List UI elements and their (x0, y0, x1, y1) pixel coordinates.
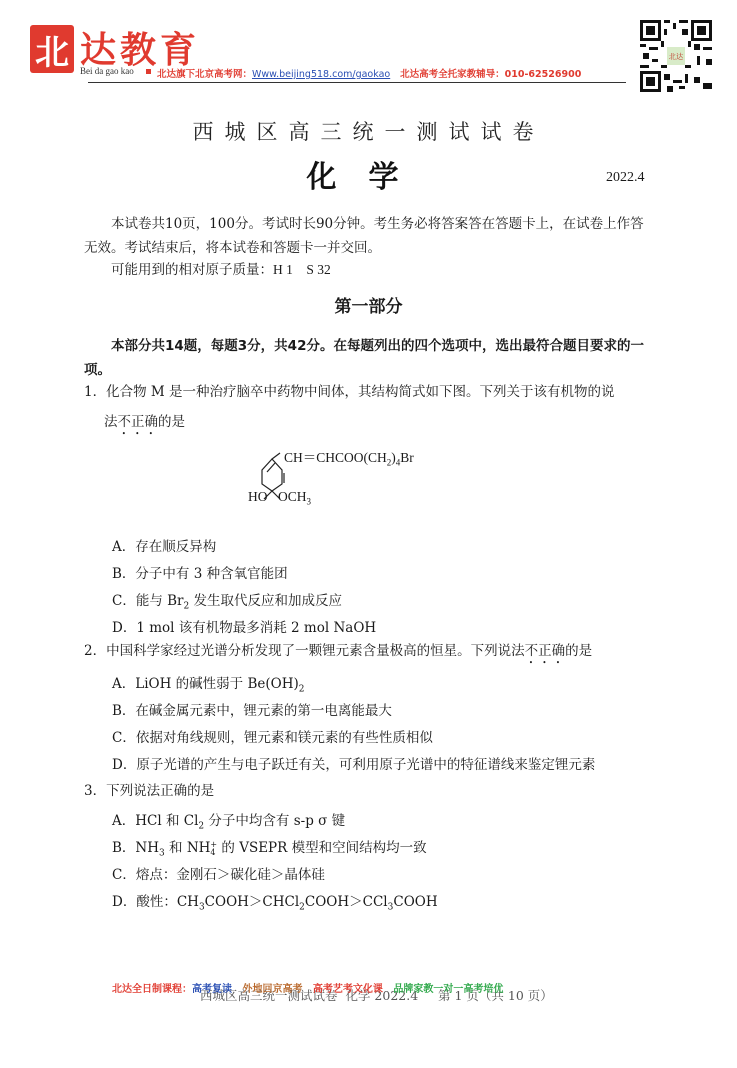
option-text: 存在顺反异构 (135, 539, 216, 555)
option-text: 分子中均含有 s-p σ 键 (204, 813, 345, 829)
promo-item[interactable]: 高考复读 (192, 984, 232, 995)
atomic-mass-line: 可能用到的相对原子质量：H 1 S 32 (111, 258, 331, 282)
option-label: B． (112, 566, 135, 582)
option-text: 的 VSEPR 模型和空间结构均一致 (217, 840, 426, 856)
logo-mark: 北 (30, 25, 74, 73)
option-text: 依据对角线规则，锂元素和镁元素的有些性质相似 (136, 730, 433, 746)
question-text: 下列说法正确的是 (106, 783, 214, 799)
atomic-mass-values: H 1 S 32 (273, 262, 331, 277)
logo-pinyin: Bei da gao kao (80, 66, 134, 76)
option-3b: B．NH3 和 NH+4 的 VSEPR 模型和空间结构均一致 (112, 836, 427, 859)
site-link[interactable]: Www.beijing518.com/gaokao (252, 69, 390, 80)
option-1b: B．分子中有 3 种含氧官能团 (112, 562, 288, 582)
option-text: LiOH 的碱性弱于 Be(OH) (135, 676, 299, 692)
chain-text: Br (400, 450, 414, 465)
subscript: 3 (307, 497, 312, 507)
stem-text: 法 (104, 414, 118, 430)
option-label: A． (112, 813, 135, 829)
question-1-stem: 1．化合物 M 是一种治疗脑卒中药物中间体，其结构简式如下图。下列关于该有机物的… (84, 380, 615, 404)
exam-date: 2022.4 (606, 170, 645, 186)
option-label: D． (112, 757, 136, 773)
qr-code-icon: 北达 (640, 20, 712, 92)
site-label: 北达旗下北京高考网： (157, 69, 252, 80)
option-text: 分子中有 3 种含氧官能团 (135, 566, 287, 582)
side-chain: CH＝CHCOO(CH2)4Br (284, 446, 414, 468)
option-1c: C．能与 Br2 发生取代反应和加成反应 (112, 589, 342, 612)
header-banner: 北达旗下北京高考网：Www.beijing518.com/gaokao 北达高考… (157, 66, 581, 80)
subscript: 2 (299, 685, 305, 695)
header-divider (88, 82, 626, 83)
tutor-label: 北达高考全托家教辅导：010-62526900 (400, 69, 581, 80)
option-1d: D．1 mol 该有机物最多消耗 2 mol NaOH (112, 616, 376, 636)
option-text: 酸性：CH (136, 894, 199, 910)
option-text: COOH＞CHCl (205, 894, 300, 910)
promo-item[interactable]: 品牌家教一对一高考培优 (393, 984, 503, 995)
methoxy-group: OCH3 (278, 489, 311, 507)
bullet-square-icon (146, 69, 151, 74)
option-3d: D．酸性：CH3COOH＞CHCl2COOH＞CCl3COOH (112, 890, 438, 913)
option-1a: A．存在顺反异构 (112, 535, 216, 555)
chemical-structure: CH＝CHCOO(CH2)4Br HO OCH3 (240, 445, 470, 515)
option-2a: A．LiOH 的碱性弱于 Be(OH)2 (112, 672, 304, 695)
atomic-mass-label: 可能用到的相对原子质量： (111, 262, 273, 278)
option-text: NH (135, 840, 159, 856)
question-number: 3． (84, 783, 106, 799)
option-text: 原子光谱的产生与电子跃迁有关，可利用原子光谱中的特征谱线来鉴定锂元素 (136, 757, 595, 773)
option-label: B． (112, 703, 135, 719)
option-label: A． (112, 539, 135, 555)
option-text: 和 NH (165, 840, 211, 856)
option-label: B． (112, 840, 135, 856)
option-2d: D．原子光谱的产生与电子跃迁有关，可利用原子光谱中的特征谱线来鉴定锂元素 (112, 753, 595, 773)
group-text: OCH (278, 489, 307, 504)
exam-instructions: 本试卷共10页，100分。考试时长90分钟。考生务必将答案答在答题卡上，在试卷上… (84, 212, 656, 260)
option-text: HCl 和 Cl (135, 813, 198, 829)
question-text: 化合物 M 是一种治疗脑卒中药物中间体，其结构简式如下图。下列关于该有机物的说 (106, 384, 614, 400)
option-label: A． (112, 676, 135, 692)
option-text: 1 mol 该有机物最多消耗 2 mol NaOH (136, 620, 376, 636)
emphasis-text: 不正确 (118, 414, 159, 430)
option-2c: C．依据对角线规则，锂元素和镁元素的有些性质相似 (112, 726, 433, 746)
option-label: C． (112, 867, 136, 883)
hydroxyl-group: HO (248, 489, 268, 505)
section-instructions: 本部分共14题，每题3分，共42分。在每题列出的四个选项中，选出最符合题目要求的… (84, 334, 656, 382)
question-2-stem: 2．中国科学家经过光谱分析发现了一颗锂元素含量极高的恒星。下列说法不正确的是 (84, 639, 592, 667)
option-2b: B．在碱金属元素中，锂元素的第一电离能最大 (112, 699, 392, 719)
option-label: D． (112, 894, 136, 910)
question-text: 中国科学家经过光谱分析发现了一颗锂元素含量极高的恒星。下列说法 (106, 643, 525, 659)
option-text: COOH (393, 894, 437, 910)
option-text: 发生取代反应和加成反应 (189, 593, 342, 609)
option-label: C． (112, 730, 136, 746)
question-3-stem: 3．下列说法正确的是 (84, 779, 214, 803)
chain-text: CH＝CHCOO(CH (284, 450, 387, 465)
option-label: D． (112, 620, 136, 636)
question-text: 的是 (565, 643, 592, 659)
emphasis-text: 不正确 (525, 643, 566, 659)
option-3c: C．熔点：金刚石＞碳化硅＞晶体硅 (112, 863, 325, 883)
question-number: 2． (84, 643, 106, 659)
option-text: 能与 Br (136, 593, 184, 609)
qr-center-text: 北达 (669, 52, 684, 61)
promo-label: 北达全日制课程： (112, 984, 192, 995)
section-title: 第一部分 (0, 292, 737, 317)
logo-char: 北 (35, 25, 69, 74)
stem-text: 的是 (158, 414, 185, 430)
option-text: COOH＞CCl (305, 894, 388, 910)
option-text: 熔点：金刚石＞碳化硅＞晶体硅 (136, 867, 325, 883)
footer-promo: 北达全日制课程：高考复读 外地回京高考 高考艺考文化课 品牌家教一对一高考培优 (112, 980, 503, 995)
question-number: 1． (84, 384, 106, 400)
promo-item[interactable]: 外地回京高考 (242, 984, 302, 995)
option-label: C． (112, 593, 136, 609)
promo-item[interactable]: 高考艺考文化课 (313, 984, 383, 995)
option-text: 在碱金属元素中，锂元素的第一电离能最大 (135, 703, 392, 719)
option-3a: A．HCl 和 Cl2 分子中均含有 s-p σ 键 (112, 809, 345, 832)
question-1-stem-cont: 法不正确的是 (104, 410, 185, 438)
exam-title: 西城区高三统一测试试卷 (0, 116, 737, 146)
